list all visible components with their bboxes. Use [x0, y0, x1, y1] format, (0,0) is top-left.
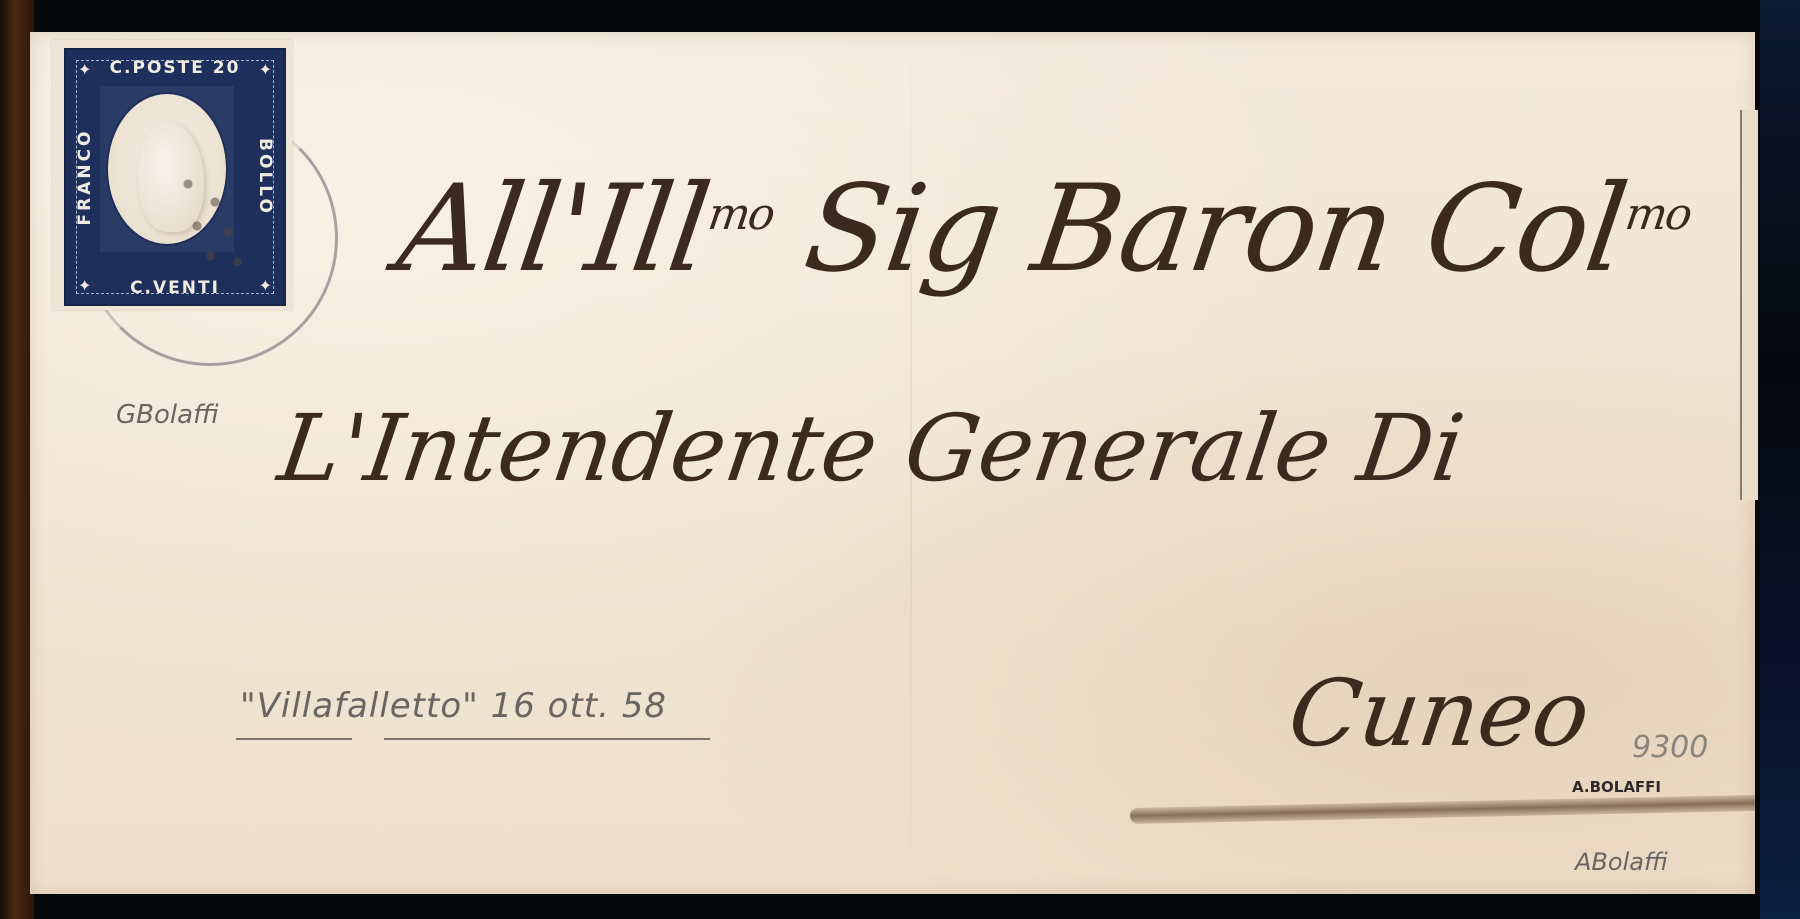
dealer-handstamp: A.BOLAFFI — [1572, 778, 1661, 796]
address-name: Baron Col — [989, 160, 1634, 299]
stamp-left-text: FRANCO — [75, 128, 95, 225]
address-title: Sig — [761, 160, 1008, 299]
address-line-2: L'Intendente Generale Di — [272, 395, 1470, 502]
origin-note: "Villafalletto" 16 ott. 58 — [240, 686, 667, 726]
expert-signature-left: GBolaffi — [116, 400, 219, 430]
origin-note-underline — [384, 738, 710, 740]
expert-signature-right: ABolaffi — [1575, 848, 1668, 876]
address-name-superscript: mo — [1622, 189, 1693, 240]
origin-note-underline — [236, 738, 352, 740]
address-salutation: All'Ill — [390, 160, 716, 299]
price-note: 9300 — [1632, 730, 1708, 765]
address-superscript: mo — [705, 189, 776, 240]
background-right-edge — [1760, 0, 1800, 919]
stamp-top-text: C.POSTE 20 — [66, 58, 284, 78]
envelope-flap-edge — [1740, 110, 1758, 500]
stamp-bottom-text: C.VENTI — [66, 278, 284, 298]
cancellation-dots — [170, 160, 260, 280]
background-left-edge — [0, 0, 34, 919]
address-city: Cuneo — [1282, 660, 1596, 767]
address-line-1: All'Illmo Sig Baron Colmo — [390, 160, 1697, 299]
